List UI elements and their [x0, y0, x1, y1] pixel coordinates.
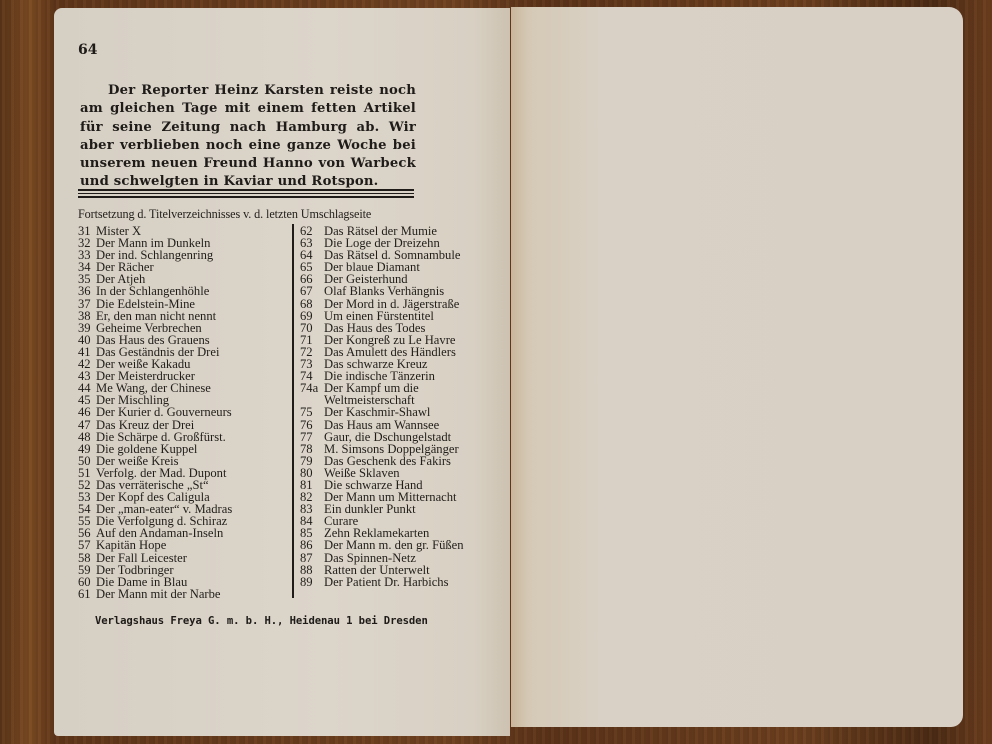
right-page-blank	[511, 7, 963, 727]
column-divider	[292, 224, 294, 598]
title-number: 60	[78, 576, 96, 588]
title-number: 75	[300, 406, 324, 418]
divider-rule-bottom	[78, 196, 414, 198]
title-number: 76	[300, 419, 324, 431]
title-list-column-right: 62Das Rätsel der Mumie63Die Loge der Dre…	[300, 225, 540, 588]
title-name: Der Patient Dr. Harbichs	[324, 575, 449, 589]
publisher-imprint: Verlagshaus Freya G. m. b. H., Heidenau …	[95, 615, 428, 627]
title-list-column-left: 31Mister X32Der Mann im Dunkeln33Der ind…	[78, 225, 298, 600]
title-number: 48	[78, 431, 96, 443]
title-number: 78	[300, 443, 324, 455]
title-number: 61	[78, 588, 96, 600]
title-number: 49	[78, 443, 96, 455]
title-number: 36	[78, 285, 96, 297]
title-number: 77	[300, 431, 324, 443]
title-number: 37	[78, 298, 96, 310]
title-number: 87	[300, 552, 324, 564]
title-list-item: 61Der Mann mit der Narbe	[78, 588, 298, 600]
title-number: 69	[300, 310, 324, 322]
title-number: 59	[78, 564, 96, 576]
title-number: 67	[300, 285, 324, 297]
title-number: 88	[300, 564, 324, 576]
title-number: 58	[78, 552, 96, 564]
title-number: 89	[300, 576, 324, 588]
title-list-heading: Fortsetzung d. Titelverzeichnisses v. d.…	[78, 207, 371, 222]
story-closing-paragraph: Der Reporter Heinz Karsten reiste noch a…	[80, 82, 416, 192]
title-number: 74a	[300, 382, 324, 394]
title-number: 57	[78, 539, 96, 551]
title-name: Der Mann mit der Narbe	[96, 587, 221, 601]
divider-rule-thick	[78, 189, 414, 191]
title-number: 86	[300, 539, 324, 551]
title-number: 38	[78, 310, 96, 322]
title-list-item: 89Der Patient Dr. Harbichs	[300, 576, 540, 588]
title-number: 46	[78, 406, 96, 418]
page-number: 64	[78, 42, 97, 58]
divider-rule-mid	[78, 193, 414, 194]
title-number: 68	[300, 298, 324, 310]
title-number: 47	[78, 419, 96, 431]
